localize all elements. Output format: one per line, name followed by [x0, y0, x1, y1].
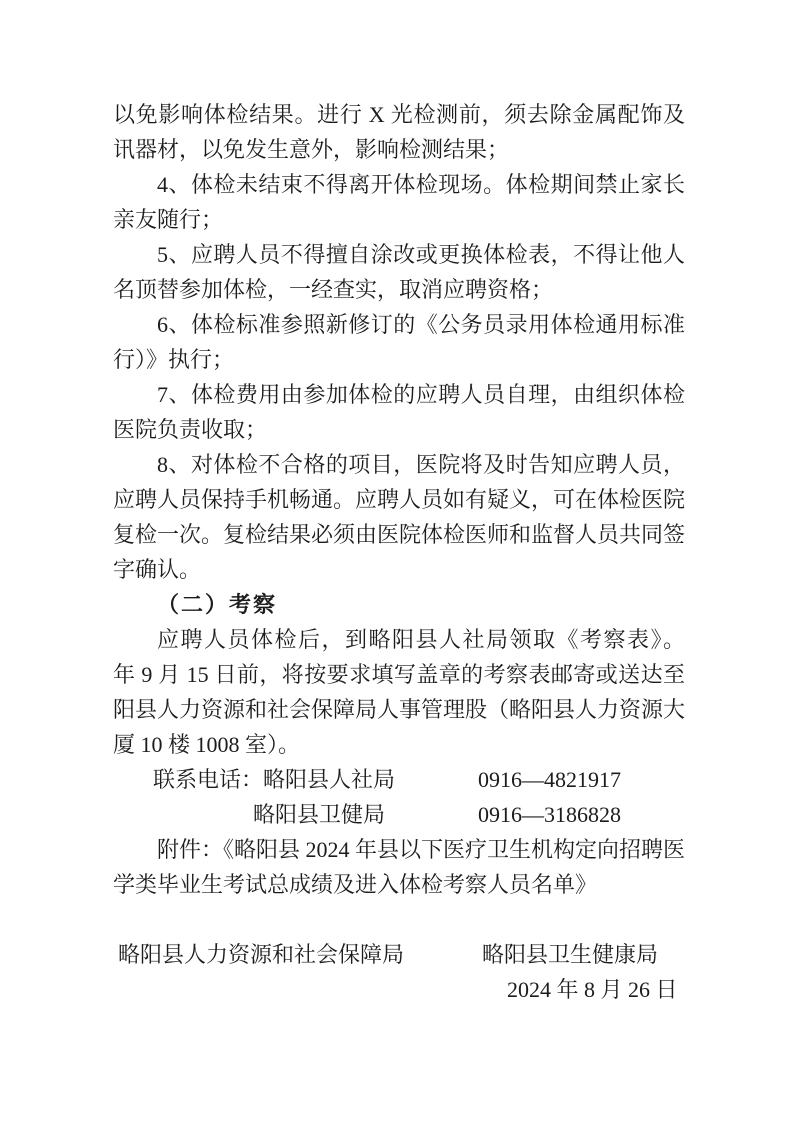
doc-line: 应聘人员保持手机畅通。应聘人员如有疑义，可在体检医院: [113, 482, 685, 517]
doc-line: 复检一次。复检结果必须由医院体检医师和监督人员共同签: [113, 517, 685, 552]
contact-line: 联系电话：略阳县人社局0916—4821917: [113, 762, 685, 797]
doc-line: 名顶替参加体检，一经查实，取消应聘资格；: [113, 272, 685, 307]
contact-label: 略阳县卫健局: [253, 802, 385, 827]
signature-agency-right: 略阳县卫生健康局: [482, 937, 658, 972]
section-heading-kaocha: （二）考察: [113, 587, 685, 622]
signature-line: 略阳县人力资源和社会保障局略阳县卫生健康局: [113, 937, 685, 972]
doc-line: 8、对体检不合格的项目，医院将及时告知应聘人员，请: [113, 447, 685, 482]
doc-line: 附件：《略阳县 2024 年县以下医疗卫生机构定向招聘医: [113, 832, 685, 867]
document-body: 以免影响体检结果。进行 X 光检测前，须去除金属配饰及通讯器材，以免发生意外，影…: [113, 97, 685, 1007]
document-page: 以免影响体检结果。进行 X 光检测前，须去除金属配饰及通讯器材，以免发生意外，影…: [0, 0, 793, 1122]
doc-line: 学类毕业生考试总成绩及进入体检考察人员名单》: [113, 867, 685, 902]
doc-line: 行）》执行；: [113, 342, 685, 377]
doc-line: 5、应聘人员不得擅自涂改或更换体检表，不得让他人冒: [113, 237, 685, 272]
contact-phone: 0916—3186828: [478, 797, 621, 832]
signature-agency-left: 略阳县人力资源和社会保障局: [118, 942, 404, 967]
date-line: 2024 年 8 月 26 日: [113, 972, 685, 1007]
doc-line: 应聘人员体检后，到略阳县人社局领取《考察表》。2024: [113, 622, 685, 657]
doc-line: 4、体检未结束不得离开体检现场。体检期间禁止家长或: [113, 167, 685, 202]
doc-line: 以免影响体检结果。进行 X 光检测前，须去除金属配饰及通: [113, 97, 685, 132]
doc-line: 讯器材，以免发生意外，影响检测结果；: [113, 132, 685, 167]
blank-line: [113, 902, 685, 937]
doc-line: 7、体检费用由参加体检的应聘人员自理，由组织体检的: [113, 377, 685, 412]
doc-line: 年 9 月 15 日前，将按要求填写盖章的考察表邮寄或送达至略: [113, 657, 685, 692]
contact-line: 略阳县卫健局0916—3186828: [113, 797, 685, 832]
doc-line: 医院负责收取；: [113, 412, 685, 447]
doc-line: 阳县人力资源和社会保障局人事管理股（略阳县人力资源大: [113, 692, 685, 727]
doc-line: 厦 10 楼 1008 室）。: [113, 727, 685, 762]
contact-label: 联系电话：略阳县人社局: [153, 767, 395, 792]
doc-line: 字确认。: [113, 552, 685, 587]
contact-phone: 0916—4821917: [478, 762, 621, 797]
doc-line: 亲友随行；: [113, 202, 685, 237]
doc-line: 6、体检标准参照新修订的《公务员录用体检通用标准（试: [113, 307, 685, 342]
